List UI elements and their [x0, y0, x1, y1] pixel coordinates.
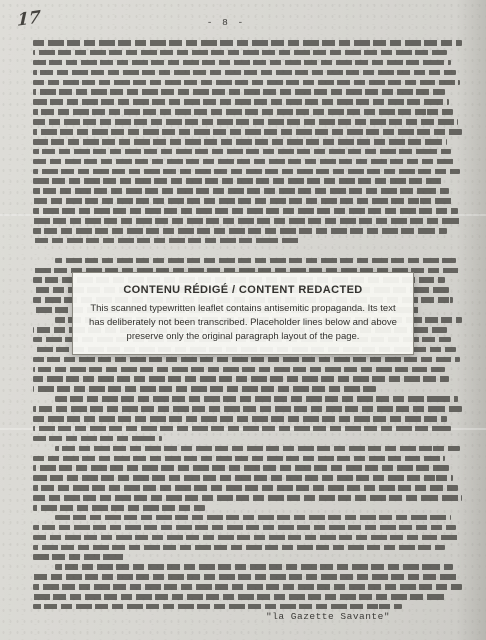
- redacted-paragraph: [33, 394, 462, 443]
- redacted-text-line: [33, 117, 462, 127]
- redacted-text-line: [33, 513, 462, 523]
- redacted-paragraph: [33, 444, 462, 513]
- redacted-text-line: [33, 127, 462, 137]
- redacted-text-line: [33, 483, 462, 493]
- redacted-text-line: [33, 543, 462, 553]
- redacted-text-line: [33, 196, 462, 206]
- redacted-text-line: [33, 503, 462, 513]
- redacted-text-line: [33, 592, 462, 602]
- redacted-text-line: [33, 186, 462, 196]
- redacted-text-line: [33, 523, 462, 533]
- redacted-text-line: [33, 68, 462, 78]
- redaction-body-text: This scanned typewritten leaflet contain…: [86, 302, 400, 343]
- redacted-text-line: [33, 216, 462, 226]
- redacted-text-line: [33, 444, 462, 454]
- redacted-paragraph: [33, 38, 462, 246]
- redacted-text-line: [33, 176, 462, 186]
- redacted-text-line: [33, 463, 462, 473]
- redacted-text-line: [33, 137, 462, 147]
- redacted-text-line: [33, 226, 462, 236]
- signature-line: "la Gazette Savante": [266, 611, 390, 622]
- redacted-paragraph: [33, 562, 462, 611]
- redacted-text-line: [33, 107, 462, 117]
- redacted-text-line: [33, 97, 462, 107]
- redacted-text-line: [33, 404, 462, 414]
- page-number: - 8 -: [0, 17, 452, 28]
- redaction-title: CONTENU RÉDIGÉ / CONTENT REDACTED: [86, 284, 400, 296]
- redacted-text-line: [33, 167, 462, 177]
- redacted-text-line: [33, 157, 462, 167]
- redacted-text-line: [33, 533, 462, 543]
- redacted-text-line: [33, 256, 462, 266]
- redacted-text-line: [33, 374, 462, 384]
- redacted-text-line: [33, 58, 462, 68]
- redacted-text-line: [33, 38, 462, 48]
- redacted-text-line: [33, 87, 462, 97]
- redacted-text-line: [33, 394, 462, 404]
- redacted-text-line: [33, 434, 462, 444]
- redacted-text-line: [33, 365, 462, 375]
- redacted-text-line: [33, 414, 462, 424]
- redacted-text-line: [33, 582, 462, 592]
- redacted-text-line: [33, 78, 462, 88]
- redacted-text-line: [33, 236, 462, 246]
- redacted-paragraph: [33, 513, 462, 562]
- redacted-text-line: [33, 473, 462, 483]
- redaction-notice: CONTENU RÉDIGÉ / CONTENT REDACTED This s…: [72, 272, 414, 355]
- redacted-text-line: [33, 454, 462, 464]
- redacted-text-line: [33, 355, 462, 365]
- redacted-text-line: [33, 48, 462, 58]
- redacted-text-line: [33, 562, 462, 572]
- redacted-text-line: [33, 206, 462, 216]
- scanned-document-page: 17 - 8 - CONTENU RÉDIGÉ / CONTENT REDACT…: [0, 0, 486, 640]
- redacted-text-line: [33, 552, 462, 562]
- redacted-text-line: [33, 424, 462, 434]
- redacted-text-line: [33, 493, 462, 503]
- redacted-text-line: [33, 147, 462, 157]
- redacted-text-line: [33, 572, 462, 582]
- redacted-text-line: [33, 384, 462, 394]
- redacted-text-line: [33, 602, 462, 612]
